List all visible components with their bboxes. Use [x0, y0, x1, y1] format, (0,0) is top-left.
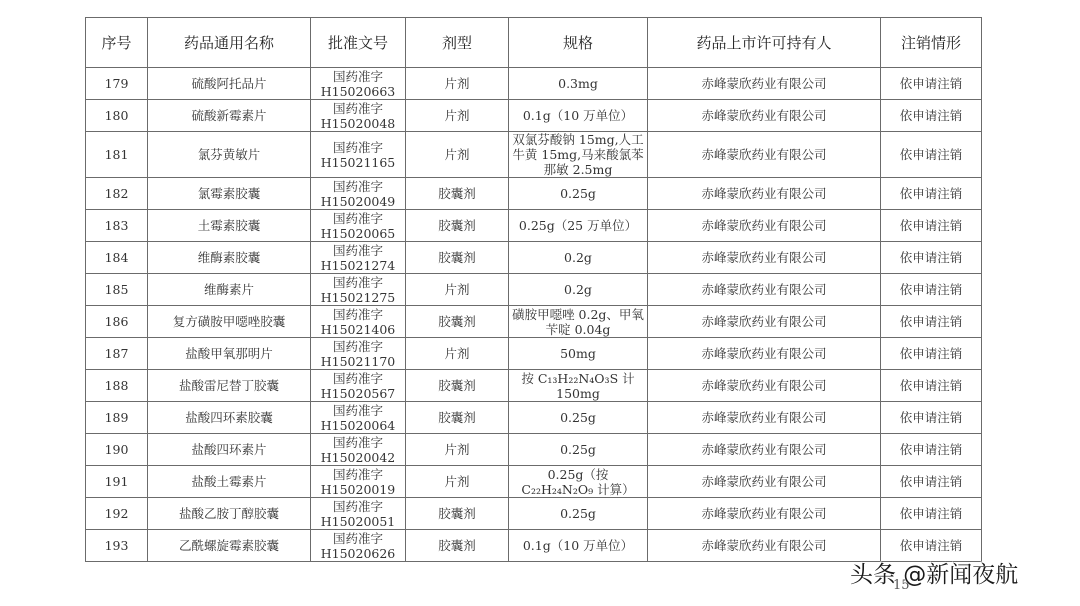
approval-prefix: 国药准字	[313, 307, 403, 322]
cell-specification: 0.25g（按 C₂₂H₂₄N₂O₉ 计算）	[509, 466, 648, 498]
cell-specification: 0.1g（10 万单位）	[509, 530, 648, 562]
cell-serial-no: 180	[86, 100, 148, 132]
table-row: 188盐酸雷尼替丁胶囊国药准字H15020567胶囊剂按 C₁₃H₂₂N₄O₃S…	[86, 370, 982, 402]
cell-specification: 0.25g	[509, 178, 648, 210]
cell-dosage-form: 胶囊剂	[406, 242, 509, 274]
cell-license-holder: 赤峰蒙欣药业有限公司	[648, 402, 881, 434]
approval-code: H15020048	[313, 116, 403, 131]
table-row: 191盐酸土霉素片国药准字H15020019片剂0.25g（按 C₂₂H₂₄N₂…	[86, 466, 982, 498]
cell-drug-name: 硫酸新霉素片	[148, 100, 311, 132]
cell-serial-no: 191	[86, 466, 148, 498]
cell-drug-name: 复方磺胺甲噁唑胶囊	[148, 306, 311, 338]
cell-dosage-form: 片剂	[406, 434, 509, 466]
header-license-holder: 药品上市许可持有人	[648, 18, 881, 68]
approval-prefix: 国药准字	[313, 435, 403, 450]
cell-drug-name: 盐酸雷尼替丁胶囊	[148, 370, 311, 402]
cell-dosage-form: 胶囊剂	[406, 306, 509, 338]
cell-drug-name: 盐酸乙胺丁醇胶囊	[148, 498, 311, 530]
approval-prefix: 国药准字	[313, 531, 403, 546]
cell-drug-name: 盐酸土霉素片	[148, 466, 311, 498]
approval-prefix: 国药准字	[313, 179, 403, 194]
cell-drug-name: 氯芬黄敏片	[148, 132, 311, 178]
cell-dosage-form: 胶囊剂	[406, 402, 509, 434]
cell-license-holder: 赤峰蒙欣药业有限公司	[648, 242, 881, 274]
cell-specification: 磺胺甲噁唑 0.2g、甲氧苄啶 0.04g	[509, 306, 648, 338]
cell-license-holder: 赤峰蒙欣药业有限公司	[648, 338, 881, 370]
header-drug-name: 药品通用名称	[148, 18, 311, 68]
cell-dosage-form: 片剂	[406, 274, 509, 306]
cell-license-holder: 赤峰蒙欣药业有限公司	[648, 306, 881, 338]
cell-license-holder: 赤峰蒙欣药业有限公司	[648, 100, 881, 132]
cell-cancellation-status: 依申请注销	[881, 466, 982, 498]
cell-license-holder: 赤峰蒙欣药业有限公司	[648, 370, 881, 402]
cell-approval-number: 国药准字H15020042	[311, 434, 406, 466]
cell-specification: 按 C₁₃H₂₂N₄O₃S 计 150mg	[509, 370, 648, 402]
cell-license-holder: 赤峰蒙欣药业有限公司	[648, 466, 881, 498]
table-row: 180硫酸新霉素片国药准字H15020048片剂0.1g（10 万单位）赤峰蒙欣…	[86, 100, 982, 132]
cell-specification: 0.2g	[509, 274, 648, 306]
cell-approval-number: 国药准字H15020663	[311, 68, 406, 100]
table-row: 182氯霉素胶囊国药准字H15020049胶囊剂0.25g赤峰蒙欣药业有限公司依…	[86, 178, 982, 210]
approval-prefix: 国药准字	[313, 275, 403, 290]
cell-cancellation-status: 依申请注销	[881, 370, 982, 402]
cell-serial-no: 186	[86, 306, 148, 338]
cell-specification: 0.3mg	[509, 68, 648, 100]
table-row: 189盐酸四环素胶囊国药准字H15020064胶囊剂0.25g赤峰蒙欣药业有限公…	[86, 402, 982, 434]
cell-specification: 0.25g（25 万单位）	[509, 210, 648, 242]
cell-cancellation-status: 依申请注销	[881, 498, 982, 530]
approval-prefix: 国药准字	[313, 371, 403, 386]
table-row: 192盐酸乙胺丁醇胶囊国药准字H15020051胶囊剂0.25g赤峰蒙欣药业有限…	[86, 498, 982, 530]
header-specification: 规格	[509, 18, 648, 68]
table-row: 183土霉素胶囊国药准字H15020065胶囊剂0.25g（25 万单位）赤峰蒙…	[86, 210, 982, 242]
cell-license-holder: 赤峰蒙欣药业有限公司	[648, 68, 881, 100]
cell-license-holder: 赤峰蒙欣药业有限公司	[648, 434, 881, 466]
cell-license-holder: 赤峰蒙欣药业有限公司	[648, 498, 881, 530]
cell-approval-number: 国药准字H15021274	[311, 242, 406, 274]
cell-drug-name: 土霉素胶囊	[148, 210, 311, 242]
approval-code: H15020042	[313, 450, 403, 465]
cell-specification: 0.25g	[509, 434, 648, 466]
cell-specification: 50mg	[509, 338, 648, 370]
approval-prefix: 国药准字	[313, 243, 403, 258]
cell-approval-number: 国药准字H15021165	[311, 132, 406, 178]
cell-cancellation-status: 依申请注销	[881, 132, 982, 178]
cell-cancellation-status: 依申请注销	[881, 306, 982, 338]
cell-dosage-form: 胶囊剂	[406, 178, 509, 210]
cell-approval-number: 国药准字H15020048	[311, 100, 406, 132]
approval-code: H15021406	[313, 322, 403, 337]
cell-drug-name: 硫酸阿托品片	[148, 68, 311, 100]
header-serial-no: 序号	[86, 18, 148, 68]
cell-dosage-form: 胶囊剂	[406, 530, 509, 562]
cell-dosage-form: 片剂	[406, 466, 509, 498]
cell-license-holder: 赤峰蒙欣药业有限公司	[648, 178, 881, 210]
cell-approval-number: 国药准字H15020626	[311, 530, 406, 562]
cell-approval-number: 国药准字H15021406	[311, 306, 406, 338]
cell-drug-name: 乙酰螺旋霉素胶囊	[148, 530, 311, 562]
cell-cancellation-status: 依申请注销	[881, 68, 982, 100]
cell-dosage-form: 片剂	[406, 100, 509, 132]
cell-approval-number: 国药准字H15020064	[311, 402, 406, 434]
approval-code: H15020051	[313, 514, 403, 529]
cell-serial-no: 183	[86, 210, 148, 242]
header-approval-number: 批准文号	[311, 18, 406, 68]
cell-dosage-form: 片剂	[406, 338, 509, 370]
approval-code: H15021275	[313, 290, 403, 305]
cell-drug-name: 氯霉素胶囊	[148, 178, 311, 210]
cell-serial-no: 182	[86, 178, 148, 210]
cell-license-holder: 赤峰蒙欣药业有限公司	[648, 210, 881, 242]
cell-serial-no: 181	[86, 132, 148, 178]
cell-cancellation-status: 依申请注销	[881, 100, 982, 132]
watermark: 头条 @新闻夜航	[850, 556, 1018, 589]
approval-code: H15021170	[313, 354, 403, 369]
cell-license-holder: 赤峰蒙欣药业有限公司	[648, 274, 881, 306]
cell-serial-no: 190	[86, 434, 148, 466]
approval-code: H15020626	[313, 546, 403, 561]
cell-dosage-form: 片剂	[406, 68, 509, 100]
approval-prefix: 国药准字	[313, 211, 403, 226]
cell-drug-name: 盐酸四环素片	[148, 434, 311, 466]
cell-dosage-form: 胶囊剂	[406, 498, 509, 530]
table-row: 186复方磺胺甲噁唑胶囊国药准字H15021406胶囊剂磺胺甲噁唑 0.2g、甲…	[86, 306, 982, 338]
cell-drug-name: 盐酸甲氧那明片	[148, 338, 311, 370]
approval-prefix: 国药准字	[313, 499, 403, 514]
cell-cancellation-status: 依申请注销	[881, 178, 982, 210]
approval-prefix: 国药准字	[313, 339, 403, 354]
cell-dosage-form: 胶囊剂	[406, 370, 509, 402]
cell-serial-no: 184	[86, 242, 148, 274]
approval-prefix: 国药准字	[313, 403, 403, 418]
table-body: 179硫酸阿托品片国药准字H15020663片剂0.3mg赤峰蒙欣药业有限公司依…	[86, 68, 982, 562]
cell-approval-number: 国药准字H15021275	[311, 274, 406, 306]
drug-cancellation-table: 序号 药品通用名称 批准文号 剂型 规格 药品上市许可持有人 注销情形 179硫…	[85, 17, 982, 562]
cell-drug-name: 维酶素胶囊	[148, 242, 311, 274]
cell-specification: 0.25g	[509, 498, 648, 530]
cell-cancellation-status: 依申请注销	[881, 434, 982, 466]
cell-specification: 0.1g（10 万单位）	[509, 100, 648, 132]
approval-prefix: 国药准字	[313, 101, 403, 116]
cell-specification: 双氯芬酸钠 15mg,人工牛黄 15mg,马来酸氯苯那敏 2.5mg	[509, 132, 648, 178]
table-row: 184维酶素胶囊国药准字H15021274胶囊剂0.2g赤峰蒙欣药业有限公司依申…	[86, 242, 982, 274]
cell-drug-name: 维酶素片	[148, 274, 311, 306]
cell-approval-number: 国药准字H15020049	[311, 178, 406, 210]
approval-code: H15021274	[313, 258, 403, 273]
approval-code: H15020567	[313, 386, 403, 401]
approval-code: H15020019	[313, 482, 403, 497]
approval-prefix: 国药准字	[313, 69, 403, 84]
table-row: 193乙酰螺旋霉素胶囊国药准字H15020626胶囊剂0.1g（10 万单位）赤…	[86, 530, 982, 562]
cell-cancellation-status: 依申请注销	[881, 338, 982, 370]
cell-serial-no: 192	[86, 498, 148, 530]
approval-code: H15020065	[313, 226, 403, 241]
cell-cancellation-status: 依申请注销	[881, 242, 982, 274]
cell-serial-no: 179	[86, 68, 148, 100]
cell-serial-no: 189	[86, 402, 148, 434]
cell-approval-number: 国药准字H15021170	[311, 338, 406, 370]
approval-code: H15020064	[313, 418, 403, 433]
cell-cancellation-status: 依申请注销	[881, 402, 982, 434]
approval-prefix: 国药准字	[313, 467, 403, 482]
approval-prefix: 国药准字	[313, 140, 403, 155]
cell-dosage-form: 胶囊剂	[406, 210, 509, 242]
table-row: 179硫酸阿托品片国药准字H15020663片剂0.3mg赤峰蒙欣药业有限公司依…	[86, 68, 982, 100]
cell-specification: 0.25g	[509, 402, 648, 434]
table-row: 181氯芬黄敏片国药准字H15021165片剂双氯芬酸钠 15mg,人工牛黄 1…	[86, 132, 982, 178]
cell-license-holder: 赤峰蒙欣药业有限公司	[648, 132, 881, 178]
cell-serial-no: 185	[86, 274, 148, 306]
header-cancellation-status: 注销情形	[881, 18, 982, 68]
cell-approval-number: 国药准字H15020567	[311, 370, 406, 402]
cell-drug-name: 盐酸四环素胶囊	[148, 402, 311, 434]
table-row: 190盐酸四环素片国药准字H15020042片剂0.25g赤峰蒙欣药业有限公司依…	[86, 434, 982, 466]
table-row: 185维酶素片国药准字H15021275片剂0.2g赤峰蒙欣药业有限公司依申请注…	[86, 274, 982, 306]
cell-serial-no: 193	[86, 530, 148, 562]
cell-specification: 0.2g	[509, 242, 648, 274]
cell-cancellation-status: 依申请注销	[881, 274, 982, 306]
approval-code: H15020049	[313, 194, 403, 209]
approval-code: H15020663	[313, 84, 403, 99]
table-row: 187盐酸甲氧那明片国药准字H15021170片剂50mg赤峰蒙欣药业有限公司依…	[86, 338, 982, 370]
cell-approval-number: 国药准字H15020051	[311, 498, 406, 530]
cell-approval-number: 国药准字H15020065	[311, 210, 406, 242]
approval-code: H15021165	[313, 155, 403, 170]
cell-license-holder: 赤峰蒙欣药业有限公司	[648, 530, 881, 562]
cell-serial-no: 187	[86, 338, 148, 370]
cell-approval-number: 国药准字H15020019	[311, 466, 406, 498]
cell-cancellation-status: 依申请注销	[881, 210, 982, 242]
header-dosage-form: 剂型	[406, 18, 509, 68]
table-header-row: 序号 药品通用名称 批准文号 剂型 规格 药品上市许可持有人 注销情形	[86, 18, 982, 68]
cell-serial-no: 188	[86, 370, 148, 402]
cell-dosage-form: 片剂	[406, 132, 509, 178]
